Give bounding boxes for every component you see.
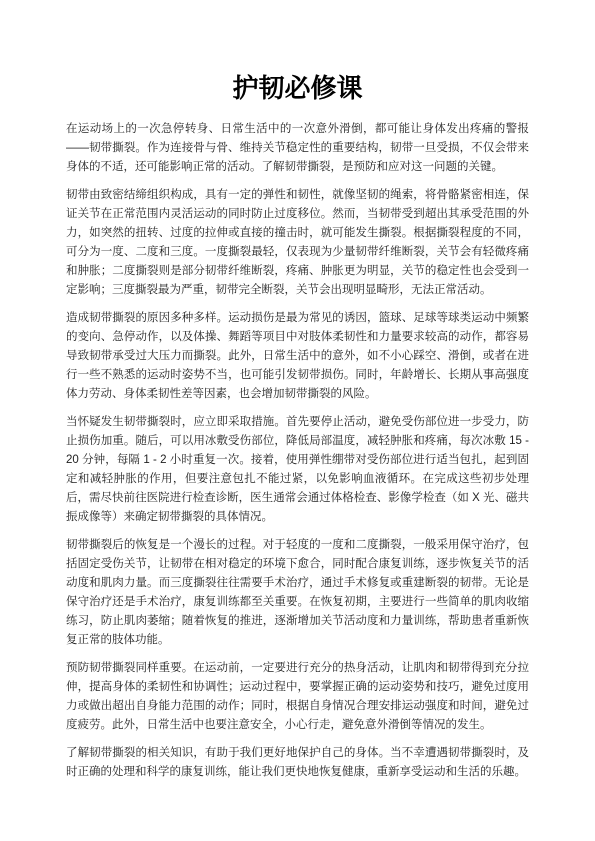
paragraph-first-aid: 当怀疑发生韧带撕裂时，应立即采取措施。首先要停止活动，避免受伤部位进一步受力，防… (66, 413, 529, 527)
paragraph-causes: 造成韧带撕裂的原因多种多样。运动损伤是最为常见的诱因，篮球、足球等球类运动中频繁… (66, 309, 529, 404)
paragraph-conclusion: 了解韧带撕裂的相关知识，有助于我们更好地保护自己的身体。当不幸遭遇韧带撕裂时，及… (66, 744, 529, 782)
document-title: 护韧必修课 (66, 72, 529, 105)
paragraph-recovery: 韧带撕裂后的恢复是一个漫长的过程。对于轻度的一度和二度撕裂，一般采用保守治疗，包… (66, 536, 529, 650)
paragraph-anatomy-grades: 韧带由致密结缔组织构成，具有一定的弹性和韧性，就像坚韧的绳索，将骨骼紧密相连，保… (66, 186, 529, 300)
paragraph-intro: 在运动场上的一次急停转身、日常生活中的一次意外滑倒，都可能让身体发出疼痛的警报—… (66, 120, 529, 177)
paragraph-prevention: 预防韧带撕裂同样重要。在运动前，一定要进行充分的热身活动，让肌肉和韧带得到充分拉… (66, 659, 529, 735)
document-page: 护韧必修课 在运动场上的一次急停转身、日常生活中的一次意外滑倒，都可能让身体发出… (0, 0, 595, 841)
